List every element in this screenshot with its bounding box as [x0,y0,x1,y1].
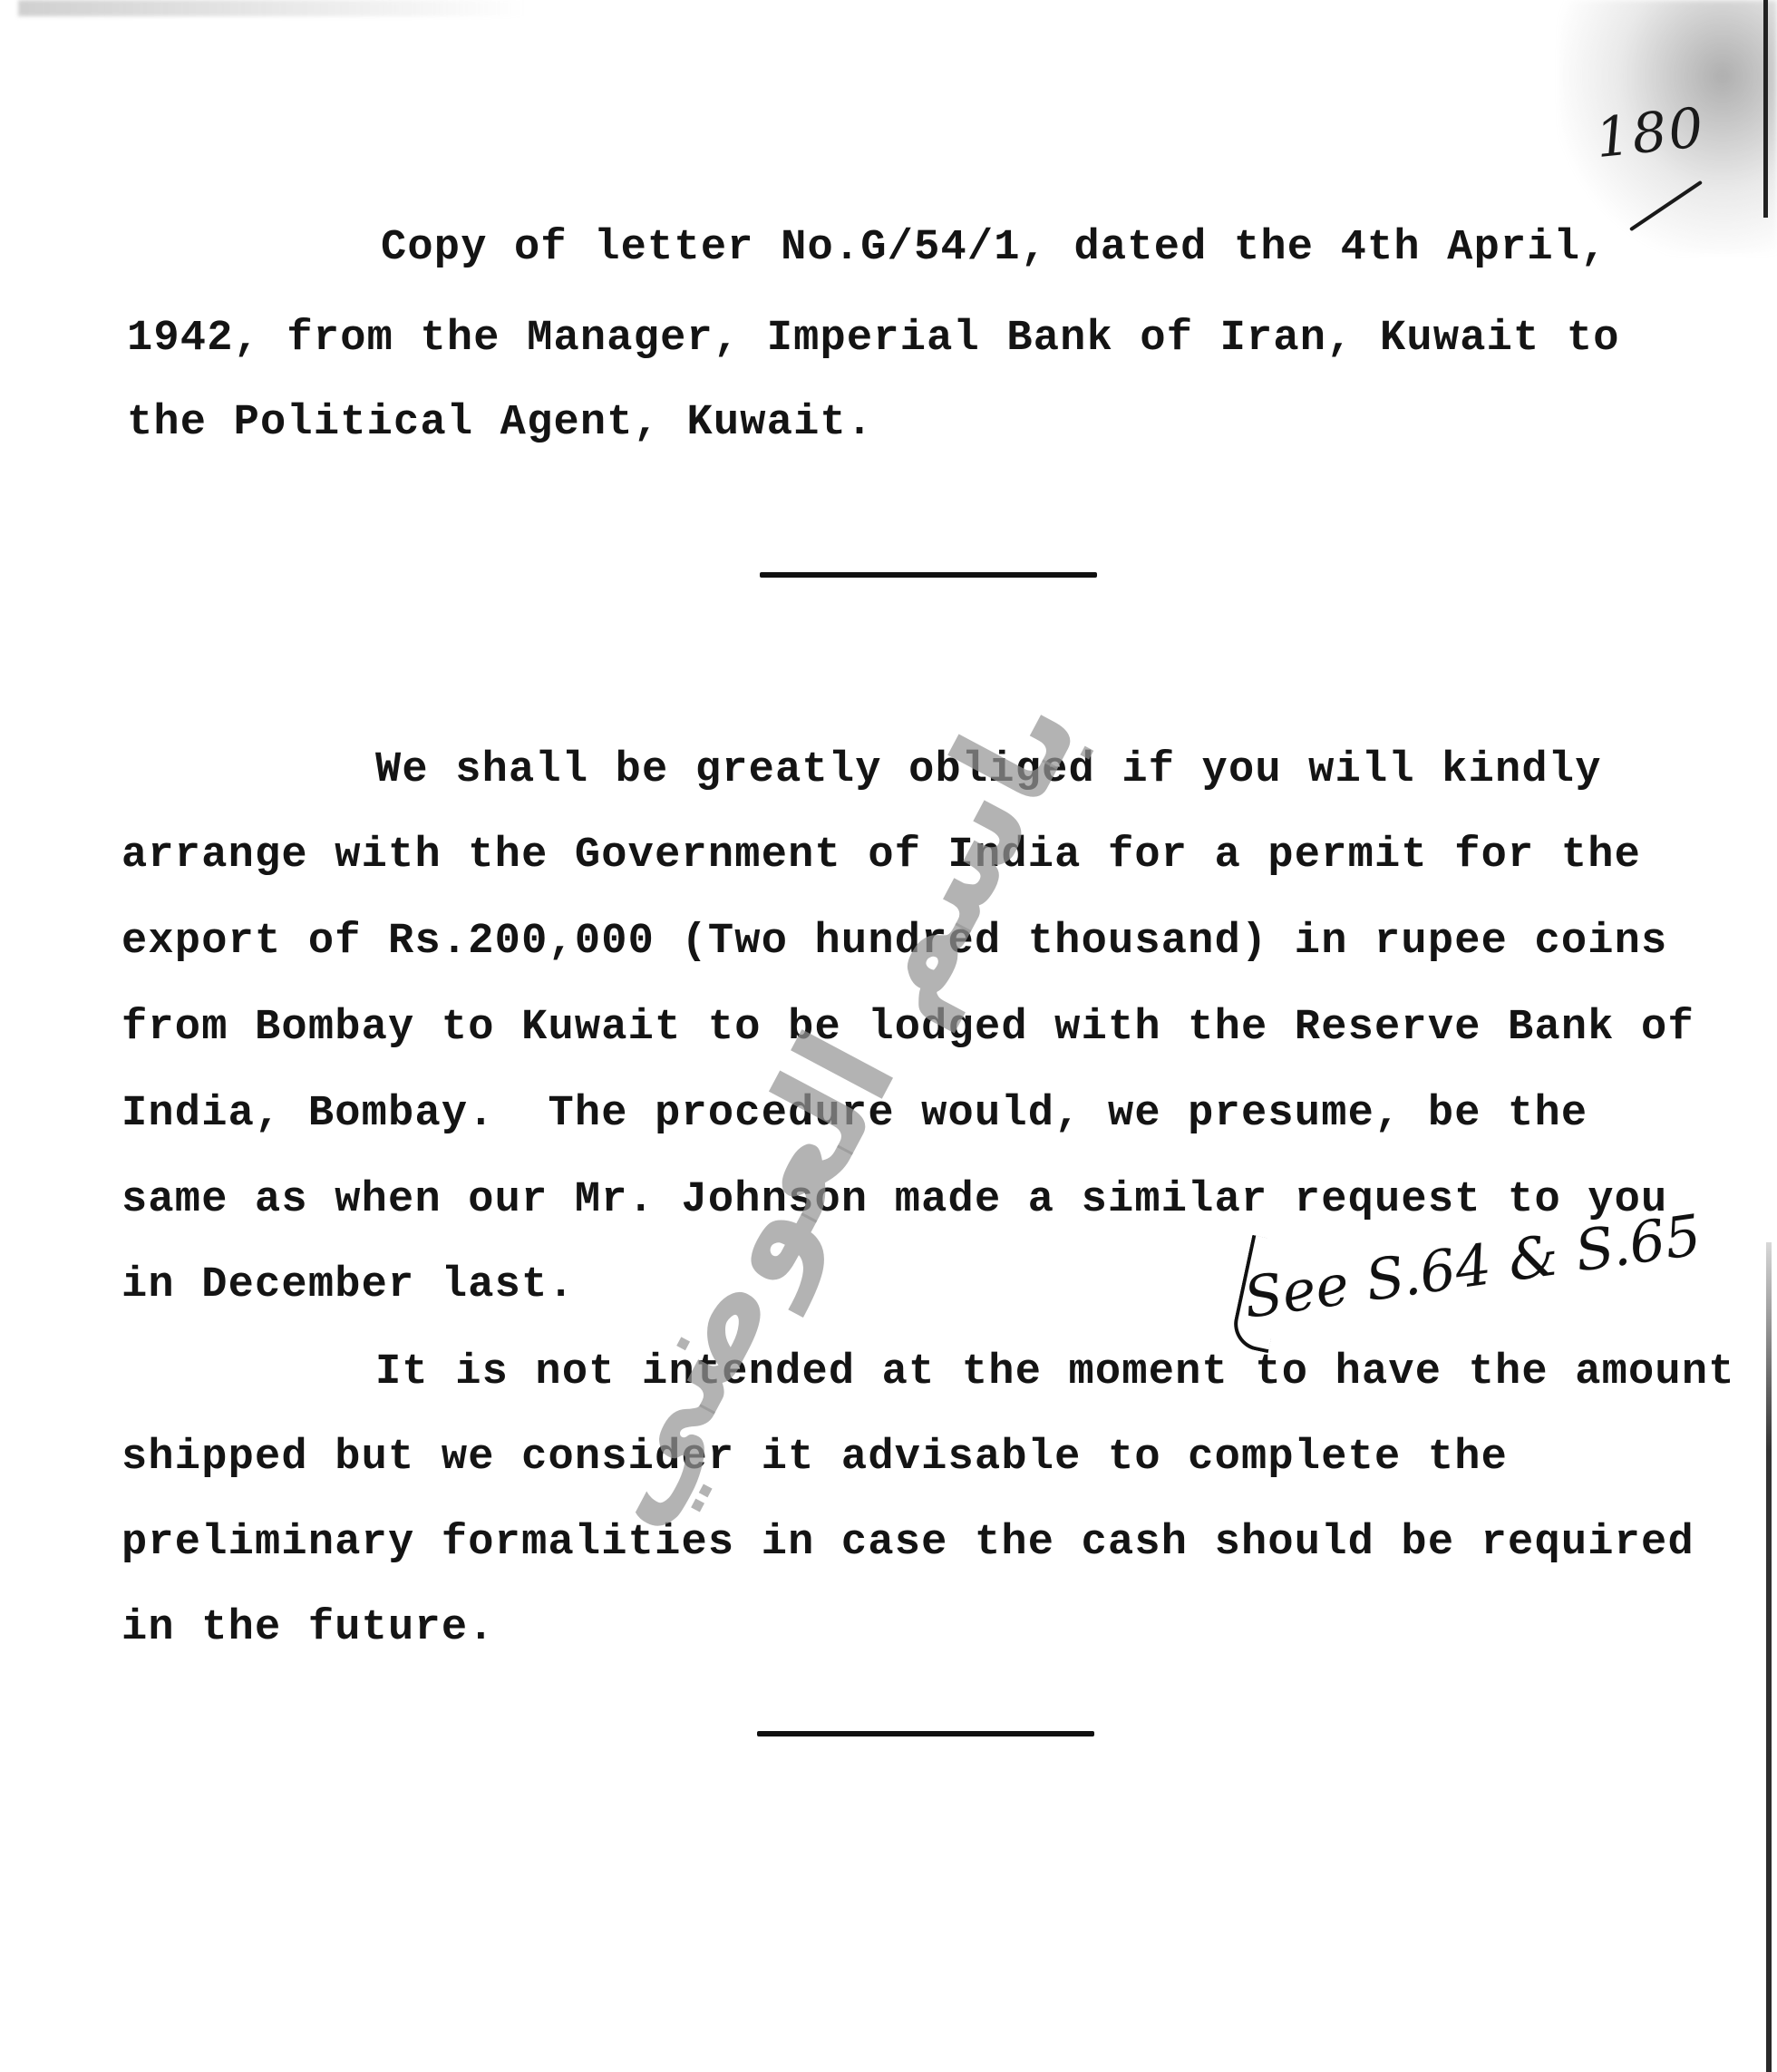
separator-rule-top [760,572,1097,578]
header-line-2: 1942, from the Manager, Imperial Bank of… [127,317,1620,360]
scan-smudge [18,0,526,16]
header-line-3: the Political Agent, Kuwait. [127,402,873,444]
paragraph2-line-2: shipped but we consider it advisable to … [121,1436,1508,1479]
paragraph1-line-7: in December last. [121,1264,575,1307]
document-page: 180 Copy of letter No.G/54/1, dated the … [0,0,1777,2072]
paragraph2-line-1: It is not intended at the moment to have… [375,1351,1735,1394]
paragraph2-line-3: preliminary formalities in case the cash… [121,1522,1694,1564]
header-line-1: Copy of letter No.G/54/1, dated the 4th … [381,227,1607,269]
scan-edge-lower [1766,1242,1772,2072]
paragraph2-line-4: in the future. [121,1607,495,1649]
folio-number: 180 [1593,96,1708,170]
separator-rule-bottom [757,1731,1094,1736]
scan-edge-top [1763,0,1768,218]
paragraph1-line-6: same as when our Mr. Johnson made a simi… [121,1179,1667,1221]
